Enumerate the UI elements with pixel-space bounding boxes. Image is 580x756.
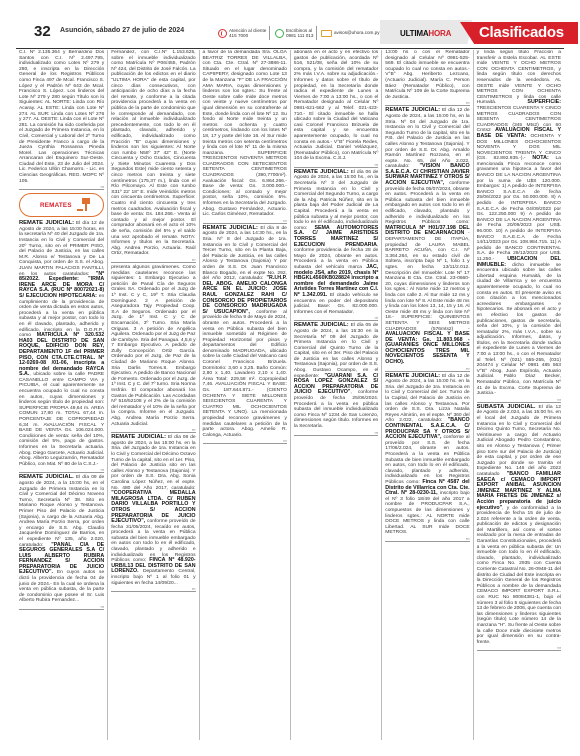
notice-text: conforme proveído de fecha 05/07/2024, o… — [385, 181, 469, 225]
legal-notice: presenta algunos gravámenes. Como medida… — [111, 265, 195, 427]
notice-end-marker: ▪▪▪ — [294, 316, 378, 321]
notice-text: conforme al proveído de fecha 9 de Mayo … — [203, 310, 287, 438]
remates-label: REMATES — [40, 202, 72, 209]
legal-notice: REMATE JUDICIAL: El día 12 de Agosto de … — [385, 108, 469, 365]
notice-text: El día 08 de agosto de 2024, a las 15:00… — [111, 435, 195, 490]
email-contact: avisos@uhora.com.py — [321, 24, 384, 42]
notice-end-marker: ▪▪▪ — [111, 258, 195, 263]
gavel-icon — [77, 198, 95, 212]
whatsapp-icon — [275, 29, 284, 38]
notice-text: El día 09 de agosto de 2024, a la 15:00 … — [19, 475, 104, 547]
divider — [269, 26, 270, 40]
notice-end-marker: ▪▪▪ — [385, 367, 469, 372]
notice-text: C.I. Nº 2.135.364 y Bernardino Dos Santo… — [19, 50, 104, 184]
notice-end-marker: ▪▪▪ — [294, 431, 378, 436]
notice-text: , conforme proveído de fecha 25/06/2024.… — [294, 390, 378, 429]
notice-text: - DEPARTAMENTO DE ITAPÚA, propiedad de L… — [385, 231, 469, 331]
notice-text: y linda según título Fracción a transfer… — [477, 50, 561, 105]
legal-notice: REMATE JUDICIAL: El día 05 de Agosto de … — [294, 323, 378, 429]
notice-end-marker: ▪▪▪ — [385, 537, 469, 542]
notice-end-marker: ▪▪▪ — [19, 468, 104, 473]
newspaper-page: 32 Asunción, sábado 27 de julio de 2024 … — [0, 0, 580, 756]
notice-heading: REMATE JUDICIAL: — [294, 169, 349, 175]
notice-text: conforme al proveído por S.S. de fecha 1… — [385, 435, 469, 485]
legal-notice: Fernández, con C.I.Nº 1.153.625, sobre e… — [111, 50, 195, 257]
top-rule — [16, 48, 564, 49]
brand-logo: ULTIMAHORA — [400, 29, 451, 38]
notice-bold-text: AVALUACION FISCAL Y BASE DE VENTA: Gs. 1… — [385, 331, 469, 365]
brand-part1: ULTIMA — [400, 29, 428, 38]
text-column-4: abonará en el acto y en efectivo los gas… — [290, 50, 381, 740]
legal-notice: REMATE JUDICIAL: El día 08 de agosto de … — [111, 435, 195, 586]
notice-text: El día 05 de Agosto de 2024, a las 15:30… — [294, 323, 378, 378]
text-column-6: y linda según título Fracción a transfer… — [473, 50, 564, 740]
notice-text: dicho inmueble se encuentra ubicado sobr… — [477, 263, 561, 397]
notice-end-marker: ▪▪▪ — [111, 428, 195, 433]
legal-notice: y linda según título Fracción a transfer… — [477, 50, 561, 397]
contact-email: avisos@uhora.com.py — [334, 30, 380, 36]
notice-text: abonará en el acto y en efectivo los gas… — [294, 50, 378, 161]
notice-end-marker: ▪▪▪ — [477, 398, 561, 403]
section-title: Clasificados — [479, 24, 564, 41]
text-column-1: C.I. Nº 2.135.364 y Bernardino Dos Santo… — [16, 50, 107, 740]
notice-text: inscripto bajo el Nº 3 folio 18/49 del a… — [385, 491, 469, 535]
legal-notice: SUBASTA JUDICIAL. El día 12 de Agosto de… — [477, 405, 561, 646]
notice-text: El día 12 de Agosto de 2024, a las 15:00… — [19, 221, 104, 276]
legal-notice: C.I. Nº 2.135.364 y Bernardino Dos Santo… — [19, 50, 104, 184]
notice-text: El día 12 de Agosto de 2024, a las 15:00… — [385, 374, 469, 424]
notice-text: a favor de la demandada Sra. OLGA BEATRI… — [203, 50, 287, 217]
notice-text: El día 12 de Agosto de 2024, a las 15:00… — [385, 108, 469, 169]
notice-end-marker: ▪▪▪ — [19, 605, 104, 610]
customer-service-contact: Atención al cliente 415 7000 — [218, 24, 270, 42]
notice-end-marker: ▪▪▪ — [19, 185, 104, 190]
legal-notice: a favor de la demandada Sra. OLGA BEATRI… — [203, 50, 287, 218]
notice-text: El día 12 de Agosto de 2.024, a las 15:0… — [477, 405, 561, 477]
notice-text: Fernández, con C.I.Nº 1.153.625, sobre e… — [111, 50, 195, 256]
notice-end-marker: ▪▪▪ — [385, 101, 469, 106]
notice-heading: SUBASTA JUDICIAL. — [477, 404, 536, 410]
remates-section-header: REMATES — [19, 193, 104, 217]
legal-notice: abonará en el acto y en efectivo los gas… — [294, 50, 378, 162]
notice-end-marker: ▪▪▪ — [294, 163, 378, 168]
notice-end-marker: ▪▪▪ — [477, 646, 561, 651]
notice-heading: REMATE JUDICIAL: — [294, 322, 349, 328]
phone-icon — [218, 29, 227, 38]
notice-text: La mencionada Finca reconoce como gravam… — [477, 156, 561, 262]
columns-container: C.I. Nº 2.135.364 y Bernardino Dos Santo… — [16, 50, 564, 740]
notice-bold-text: MATRICULA Nº H01/37.198 DEL DISTRITO DE … — [385, 225, 469, 237]
notice-bold-text: SUPERFICIE: — [527, 99, 561, 105]
notice-text: El día 06 de Agosto de 2024, a las 15:00… — [294, 170, 378, 231]
notice-heading: REMATE JUDICIAL: — [385, 107, 440, 113]
page-number: 32 — [34, 23, 51, 40]
notice-bold-text: MATRICULA Nº 320.532 HA03 DEL DISTRITO D… — [19, 332, 104, 377]
legal-notice: REMATE JUDICIAL. El día 09 de agosto de … — [19, 475, 104, 604]
whatsapp-contact: Escribinos al 0981 111 013 — [275, 24, 317, 42]
notice-heading: REMATE JUDICIAL: — [203, 225, 258, 231]
page-date: Asunción, sábado 27 de julio de 2024 — [60, 27, 184, 34]
legal-notice: REMATE JUDICIAL: El día 12 de Agosto de … — [19, 221, 104, 467]
notice-text: presenta algunos gravámenes. Como medida… — [111, 265, 195, 427]
legal-notice: REMATE JUDICIAL: El día 06 de Agosto de … — [294, 170, 378, 315]
notice-end-marker: ▪▪▪ — [203, 219, 287, 224]
notice-end-marker: ▪▪▪ — [111, 587, 195, 592]
text-column-2: Fernández, con C.I.Nº 1.153.625, sobre e… — [107, 50, 198, 740]
divider — [316, 26, 317, 40]
contact-whatsapp: 0981 111 013 — [286, 33, 313, 39]
contact-phone: 415 7000 — [229, 33, 266, 39]
notice-heading: REMATE JUDICIAL. — [19, 474, 74, 480]
notice-bold-text: NOTA: — [532, 155, 548, 161]
notice-heading: REMATE JUDICIAL: — [111, 434, 166, 440]
notice-text: , y de conformidad a la providencia de f… — [477, 506, 561, 645]
notice-text: El día 8 de agosto de 2024, a las 14:30 … — [203, 226, 287, 281]
legal-notice: REMATE JUDICIAL: El día 8 de agosto de 2… — [203, 226, 287, 439]
email-icon — [321, 30, 332, 37]
notice-heading: REMATE JUDICIAL: — [19, 220, 74, 226]
text-column-5: 13:00 hs o con el Rematador designado al… — [381, 50, 472, 740]
notice-text: En cuyos autos se dictó la providencia d… — [19, 570, 104, 603]
text-column-3: a favor de la demandada Sra. OLGA BEATRI… — [199, 50, 290, 740]
notice-heading: REMATE JUDICIAL: — [385, 373, 440, 379]
legal-notice: 13:00 hs o con el Rematador designado al… — [385, 50, 469, 100]
notice-text: , ubicado sobre la calle PADRE CASANELLO… — [19, 372, 104, 467]
legal-notice: REMATE JUDICIAL: El día 12 de Agosto de … — [385, 374, 469, 536]
notice-end-marker: ▪▪▪ — [203, 439, 287, 444]
brand-part2: HORA — [428, 29, 451, 38]
notice-text: 13:00 hs o con el Rematador designado al… — [385, 50, 469, 100]
